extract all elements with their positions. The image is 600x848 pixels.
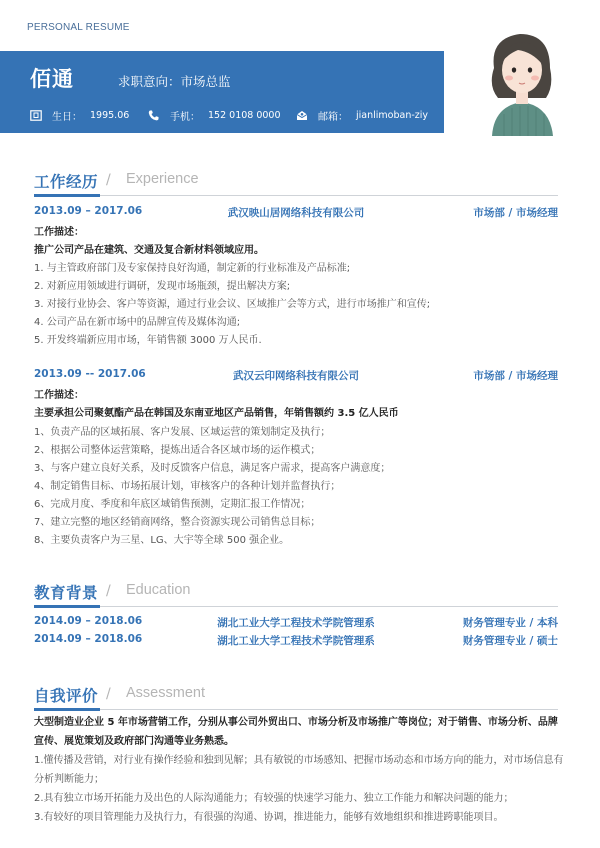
phone-icon — [148, 110, 160, 121]
job-row: 2013.09 – 2017.06 武汉映山居网络科技有限公司 市场部 / 市场… — [34, 205, 558, 219]
job-item: 1、负责产品的区域拓展、客户发展、区域运营的策划制定及执行； — [34, 423, 330, 438]
section-accent-bar — [34, 605, 100, 608]
assessment-item: 1.懂传播及营销，对行业有操作经验和独到见解；具有敏锐的市场感知、把握市场动态和… — [34, 751, 564, 789]
eyebrow-label: PERSONAL RESUME — [27, 22, 130, 33]
section-assessment-heading: 自我评价 / Assessment — [34, 684, 558, 710]
section-accent-bar — [34, 194, 100, 197]
job-item: 2. 对新应用领域进行调研，发现市场瓶颈，提出解决方案; — [34, 277, 290, 292]
section-experience-heading: 工作经历 / Experience — [34, 170, 558, 196]
job-item: 3. 对接行业协会、客户等资源，通过行业会议、区域推广会等方式，进行市场推广和宣… — [34, 295, 430, 310]
assessment-summary: 大型制造业企业 5 年市场营销工作，分别从事公司外贸出口、市场分析及市场推广等岗… — [34, 713, 564, 751]
info-phone: 手机： 152 0108 0000 — [148, 108, 281, 123]
candidate-name: 佰通 — [30, 63, 74, 93]
job-item: 4. 公司产品在新市场中的品牌宣传及媒体沟通; — [34, 313, 240, 328]
section-divider — [34, 709, 558, 710]
calendar-icon — [30, 110, 42, 121]
education-row: 2014.09 – 2018.06 湖北工业大学工程技术学院管理系 财务管理专业… — [34, 633, 558, 647]
job-summary: 主要承担公司聚氨酯产品在韩国及东南亚地区产品销售，年销售额约 3.5 亿人民币 — [34, 404, 399, 419]
mail-icon — [296, 110, 308, 121]
section-divider — [34, 195, 558, 196]
job-desc-label: 工作描述： — [34, 223, 84, 238]
section-accent-bar — [34, 708, 100, 711]
job-item: 1. 与主管政府部门及专家保持良好沟通，制定新的行业标准及产品标准; — [34, 259, 350, 274]
job-summary: 推广公司产品在建筑、交通及复合新材料领域应用。 — [34, 241, 264, 256]
job-item: 3、与客户建立良好关系，及时反馈客户信息，满足客户需求，提高客户满意度； — [34, 459, 390, 474]
assessment-item: 2.具有独立市场开拓能力及出色的人际沟通能力；有较强的快速学习能力、独立工作能力… — [34, 789, 564, 808]
job-item: 4、制定销售目标、市场拓展计划，审核客户的各种计划并监督执行； — [34, 477, 340, 492]
info-email: 邮箱： jianlimoban-ziy — [296, 108, 428, 123]
job-item: 2、根据公司整体运营策略，提炼出适合各区域市场的运作模式； — [34, 441, 320, 456]
job-item: 8、主要负责客户为三星、LG、大宇等全球 500 强企业。 — [34, 531, 289, 546]
job-intent: 求职意向：市场总监 — [118, 72, 231, 90]
job-item: 6、完成月度、季度和年底区域销售预测，定期汇报工作情况； — [34, 495, 310, 510]
job-desc-label: 工作描述： — [34, 386, 84, 401]
job-item: 7、建立完整的地区经销商网络，整合资源实现公司销售总目标； — [34, 513, 320, 528]
info-birthday: 生日： 1995.06 — [30, 108, 129, 123]
avatar — [480, 28, 565, 136]
section-divider — [34, 606, 558, 607]
job-item: 5. 开发终端新应用市场，年销售额 3000 万人民币. — [34, 331, 262, 346]
section-education-heading: 教育背景 / Education — [34, 581, 558, 607]
header-banner: 佰通 求职意向：市场总监 生日： 1995.06 手机： 152 0108 00… — [0, 51, 444, 133]
job-row: 2013.09 -- 2017.06 武汉云印网络科技有限公司 市场部 / 市场… — [34, 368, 558, 382]
assessment-item: 3.有较好的项目管理能力及执行力，有很强的沟通、协调，推进能力，能够有效地组织和… — [34, 808, 564, 827]
education-row: 2014.09 – 2018.06 湖北工业大学工程技术学院管理系 财务管理专业… — [34, 615, 558, 629]
